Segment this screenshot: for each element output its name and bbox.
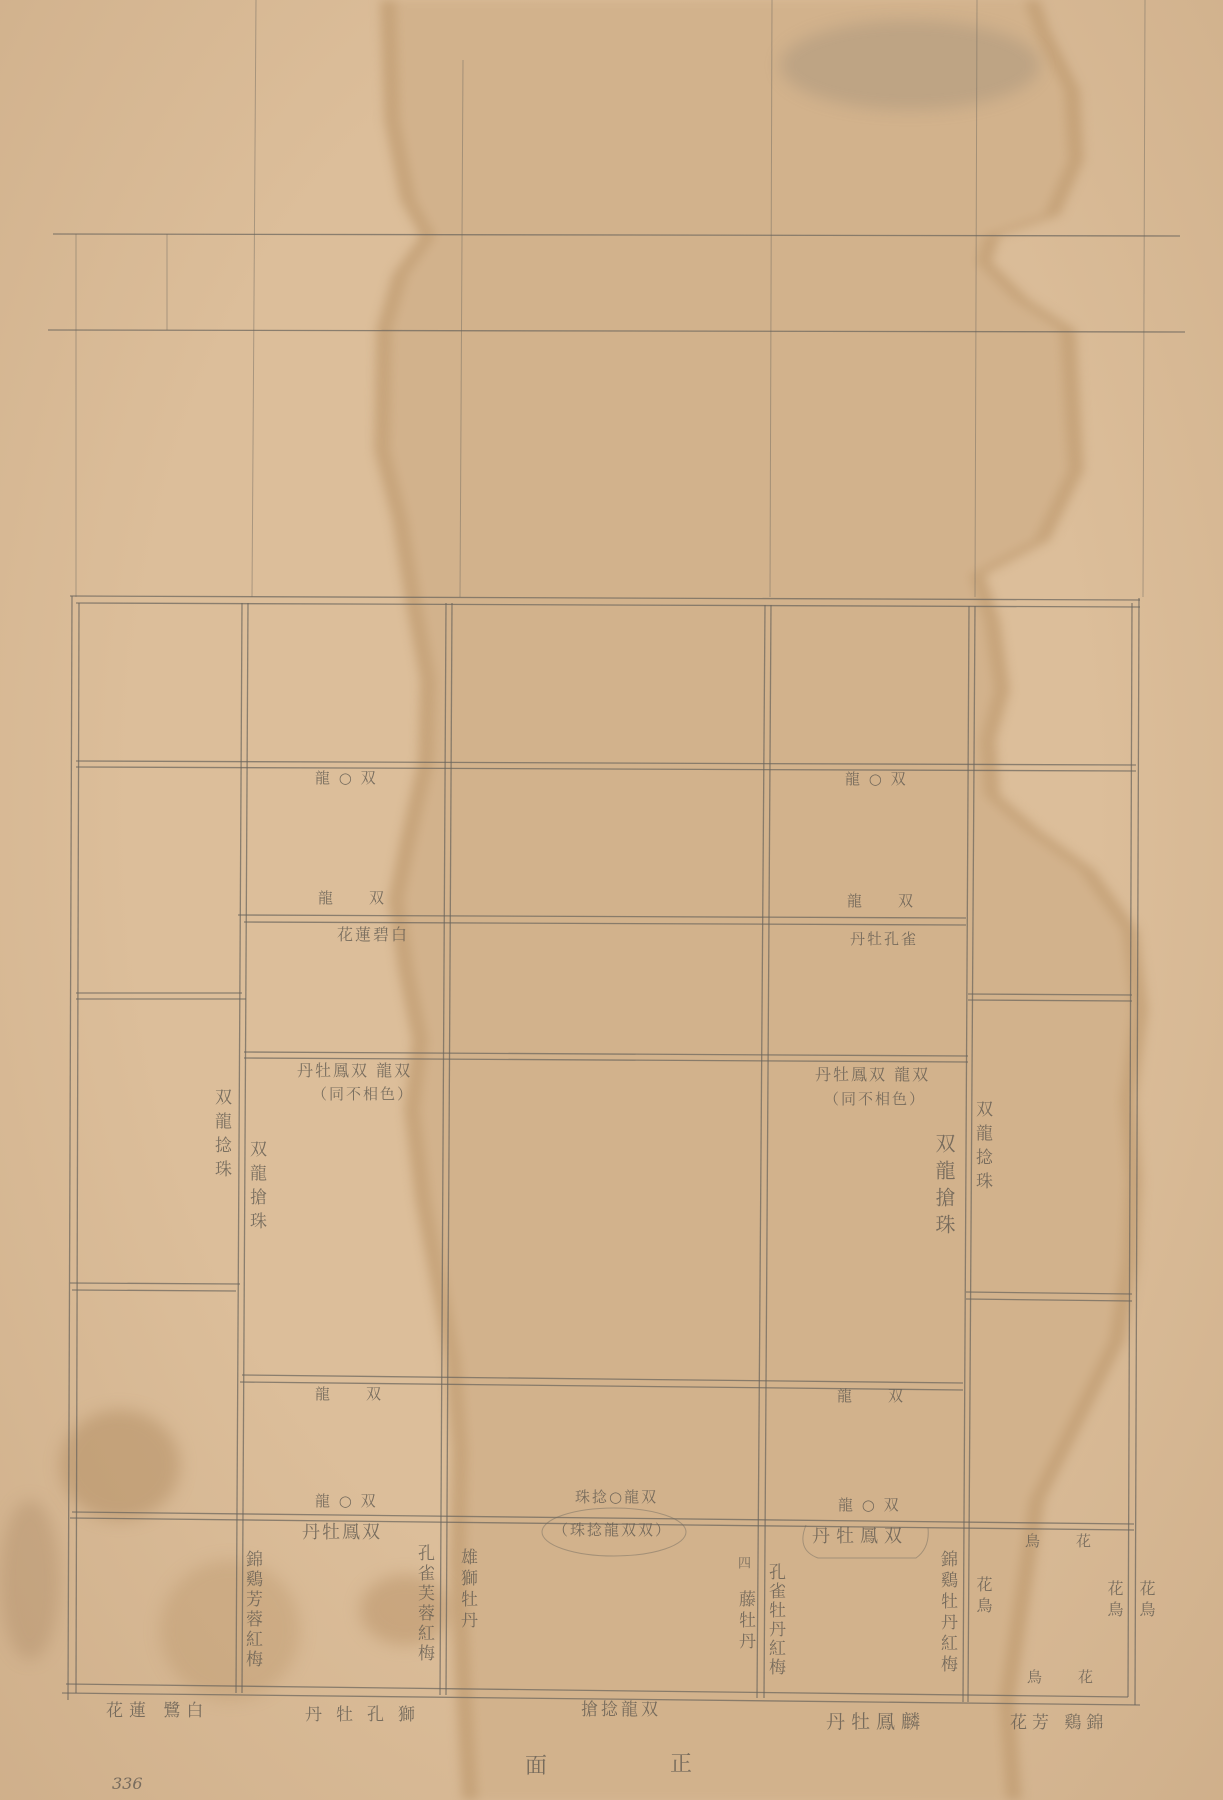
pencil-line: [966, 1299, 1132, 1301]
beam-label-upper-right: 丹牡孔雀: [850, 932, 918, 947]
panel-title-middle-right: 丹牡鳳双 龍双: [815, 1067, 930, 1083]
view-label-char-right: 正: [670, 1754, 694, 1776]
base-vertical-left-1: 錦鷄芳蓉紅梅: [243, 1550, 260, 1670]
footer-label-3: 搶捻龍双: [581, 1702, 661, 1719]
pencil-line: [966, 1292, 1132, 1294]
pencil-line: [48, 330, 1185, 332]
base-vertical-center-1: 雄獅牡丹: [458, 1548, 475, 1632]
pencil-line: [68, 596, 72, 1700]
corner-label-right: 花鳥: [1106, 1580, 1122, 1622]
panel-label-lower-right-bottom: 龍 ○ 双: [838, 1498, 901, 1513]
base-mark-center: 四: [736, 1556, 749, 1576]
pencil-line: [236, 603, 242, 1693]
pencil-line: [975, 0, 977, 597]
pencil-line: [968, 1000, 1132, 1001]
panel-title-middle-left: 丹牡鳳双 龍双: [297, 1063, 412, 1079]
pencil-line: [72, 1290, 236, 1291]
panel-note-middle-right: （同不相色）: [824, 1092, 926, 1107]
footer-label-2: 丹牡孔獅: [305, 1707, 429, 1724]
pencil-line: [76, 603, 1140, 607]
pencil-line: [1143, 0, 1145, 597]
panel-label-lower-left-bottom: 龍 ○ 双: [315, 1494, 378, 1509]
base-title-left: 丹牡鳳双: [302, 1524, 382, 1542]
pencil-line: [76, 767, 1136, 771]
pencil-line: [244, 1052, 968, 1056]
corner-label-outside: 花鳥: [1138, 1580, 1154, 1622]
pencil-line: [53, 234, 1180, 236]
base-title-center: （珠捻龍双双）: [553, 1523, 672, 1538]
drawing-sheet: 龍 ○ 双 龍 双 花蓮碧白 龍 ○ 双 龍 双 丹牡孔雀 丹牡鳳双 龍双 （同…: [0, 0, 1223, 1800]
pencil-line: [242, 1375, 963, 1383]
column-label-right-inner: 双龍搶珠: [934, 1133, 954, 1241]
corner-label-top: 鳥 花: [1025, 1534, 1093, 1549]
panel-label-upper-right-bottom: 龍 双: [847, 894, 915, 909]
pencil-line: [440, 603, 446, 1695]
panel-label-lower-left-top: 龍 双: [315, 1387, 383, 1402]
upper-guide-grid: [48, 0, 1185, 597]
pencil-line: [70, 596, 1140, 600]
panel-label-upper-right-top: 龍 ○ 双: [845, 772, 908, 787]
corner-label-bottom: 鳥 花: [1027, 1670, 1095, 1685]
pencil-line: [76, 761, 1136, 765]
base-vertical-right-2: 錦鷄牡丹紅梅: [938, 1550, 955, 1676]
corner-label-left: 花鳥: [975, 1576, 991, 1618]
panel-label-lower-right-top: 龍 双: [837, 1389, 905, 1404]
panel-label-lower-center-bottom: 珠捻○龍双: [575, 1490, 658, 1505]
beam-label-upper-left: 花蓮碧白: [337, 927, 409, 943]
column-label-left-inner: 双龍搶珠: [247, 1140, 264, 1236]
panel-note-middle-left: （同不相色）: [312, 1087, 414, 1102]
pencil-line: [70, 1283, 240, 1284]
view-label-char-left: 面: [525, 1756, 549, 1778]
panel-label-upper-left-top: 龍 ○ 双: [315, 771, 378, 786]
pencil-line: [770, 0, 772, 597]
pencil-line: [764, 605, 771, 1698]
pencil-line: [1135, 598, 1139, 1705]
pencil-line: [1128, 603, 1132, 1697]
footer-label-5: 花芳 鷄錦: [1010, 1715, 1108, 1732]
base-vertical-right-1: 孔雀牡丹紅梅: [766, 1563, 783, 1677]
pencil-line: [968, 994, 1132, 995]
pencil-line: [446, 603, 452, 1695]
base-vertical-center-2: 藤牡丹: [736, 1590, 753, 1653]
panel-label-upper-left-bottom: 龍 双: [318, 891, 386, 906]
column-label-left-outer: 双龍捻珠: [212, 1088, 229, 1184]
column-label-right-outer: 双龍捻珠: [973, 1100, 990, 1196]
base-title-right: 丹牡鳳双: [812, 1528, 908, 1546]
pencil-line: [460, 60, 463, 597]
base-vertical-left-2: 孔雀芙蓉紅梅: [415, 1544, 432, 1664]
pencil-line: [238, 915, 966, 918]
footer-label-4: 丹牡鳳麟: [826, 1713, 926, 1732]
page-number: 336: [112, 1776, 143, 1792]
footer-label-1: 花蓮 鷺白: [106, 1703, 209, 1720]
pencil-line: [252, 0, 256, 597]
